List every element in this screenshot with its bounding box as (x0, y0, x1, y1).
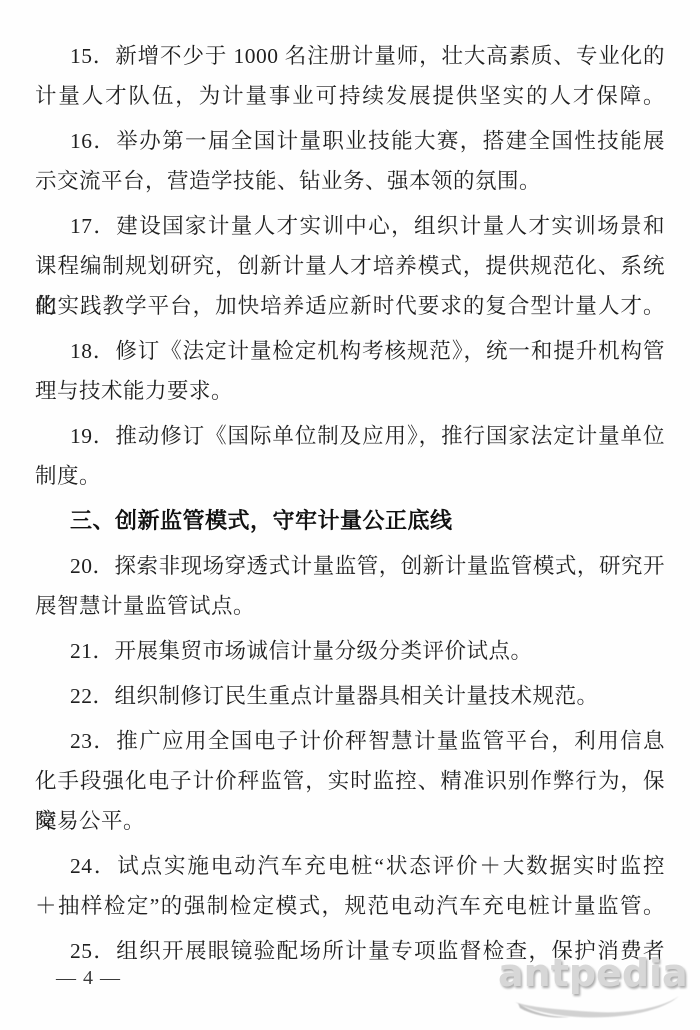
section-heading: 三、创新监管模式，守牢计量公正底线 (35, 501, 665, 541)
item-17-line-3: 的实践教学平台，加快培养适应新时代要求的复合型计量人才。 (35, 286, 665, 326)
item-24-line-1: 24．试点实施电动汽车充电桩“状态评价＋大数据实时监控 (35, 846, 665, 886)
item-17-line-2: 课程编制规划研究，创新计量人才培养模式，提供规范化、系统化 (35, 246, 665, 286)
item-17-line-1: 17．建设国家计量人才实训中心，组织计量人才实训场景和 (35, 206, 665, 246)
watermark-swoosh-icon (512, 993, 682, 1023)
document-body: 15．新增不少于 1000 名注册计量师，壮大高素质、专业化的 计量人才队伍，为… (35, 36, 665, 971)
item-18-line-2: 理与技术能力要求。 (35, 371, 665, 411)
item-16-line-2: 示交流平台，营造学技能、钻业务、强本领的氛围。 (35, 161, 665, 201)
document-page: 15．新增不少于 1000 名注册计量师，壮大高素质、专业化的 计量人才队伍，为… (0, 0, 700, 1030)
item-18-line-1: 18．修订《法定计量检定机构考核规范》，统一和提升机构管 (35, 331, 665, 371)
item-23-line-3: 交易公平。 (35, 801, 665, 841)
item-15-line-2: 计量人才队伍，为计量事业可持续发展提供坚实的人才保障。 (35, 76, 665, 116)
item-20-line-1: 20．探索非现场穿透式计量监管，创新计量监管模式，研究开 (35, 546, 665, 586)
item-23-line-1: 23．推广应用全国电子计价秤智慧计量监管平台，利用信息 (35, 721, 665, 761)
item-25-line-1: 25．组织开展眼镜验配场所计量专项监督检查，保护消费者 (35, 931, 665, 971)
item-23-line-2: 化手段强化电子计价秤监管，实时监控、精准识别作弊行为，保障 (35, 761, 665, 801)
item-19-line-1: 19．推动修订《国际单位制及应用》，推行国家法定计量单位 (35, 416, 665, 456)
item-16-line-1: 16．举办第一届全国计量职业技能大赛，搭建全国性技能展 (35, 121, 665, 161)
item-24-line-2: ＋抽样检定”的强制检定模式，规范电动汽车充电桩计量监管。 (35, 886, 665, 926)
item-19-line-2: 制度。 (35, 456, 665, 496)
item-21-line-1: 21．开展集贸市场诚信计量分级分类评价试点。 (35, 631, 665, 671)
item-20-line-2: 展智慧计量监管试点。 (35, 586, 665, 626)
item-22-line-1: 22．组织制修订民生重点计量器具相关计量技术规范。 (35, 676, 665, 716)
page-number: — 4 — (56, 967, 121, 990)
item-15-line-1: 15．新增不少于 1000 名注册计量师，壮大高素质、专业化的 (35, 36, 665, 76)
